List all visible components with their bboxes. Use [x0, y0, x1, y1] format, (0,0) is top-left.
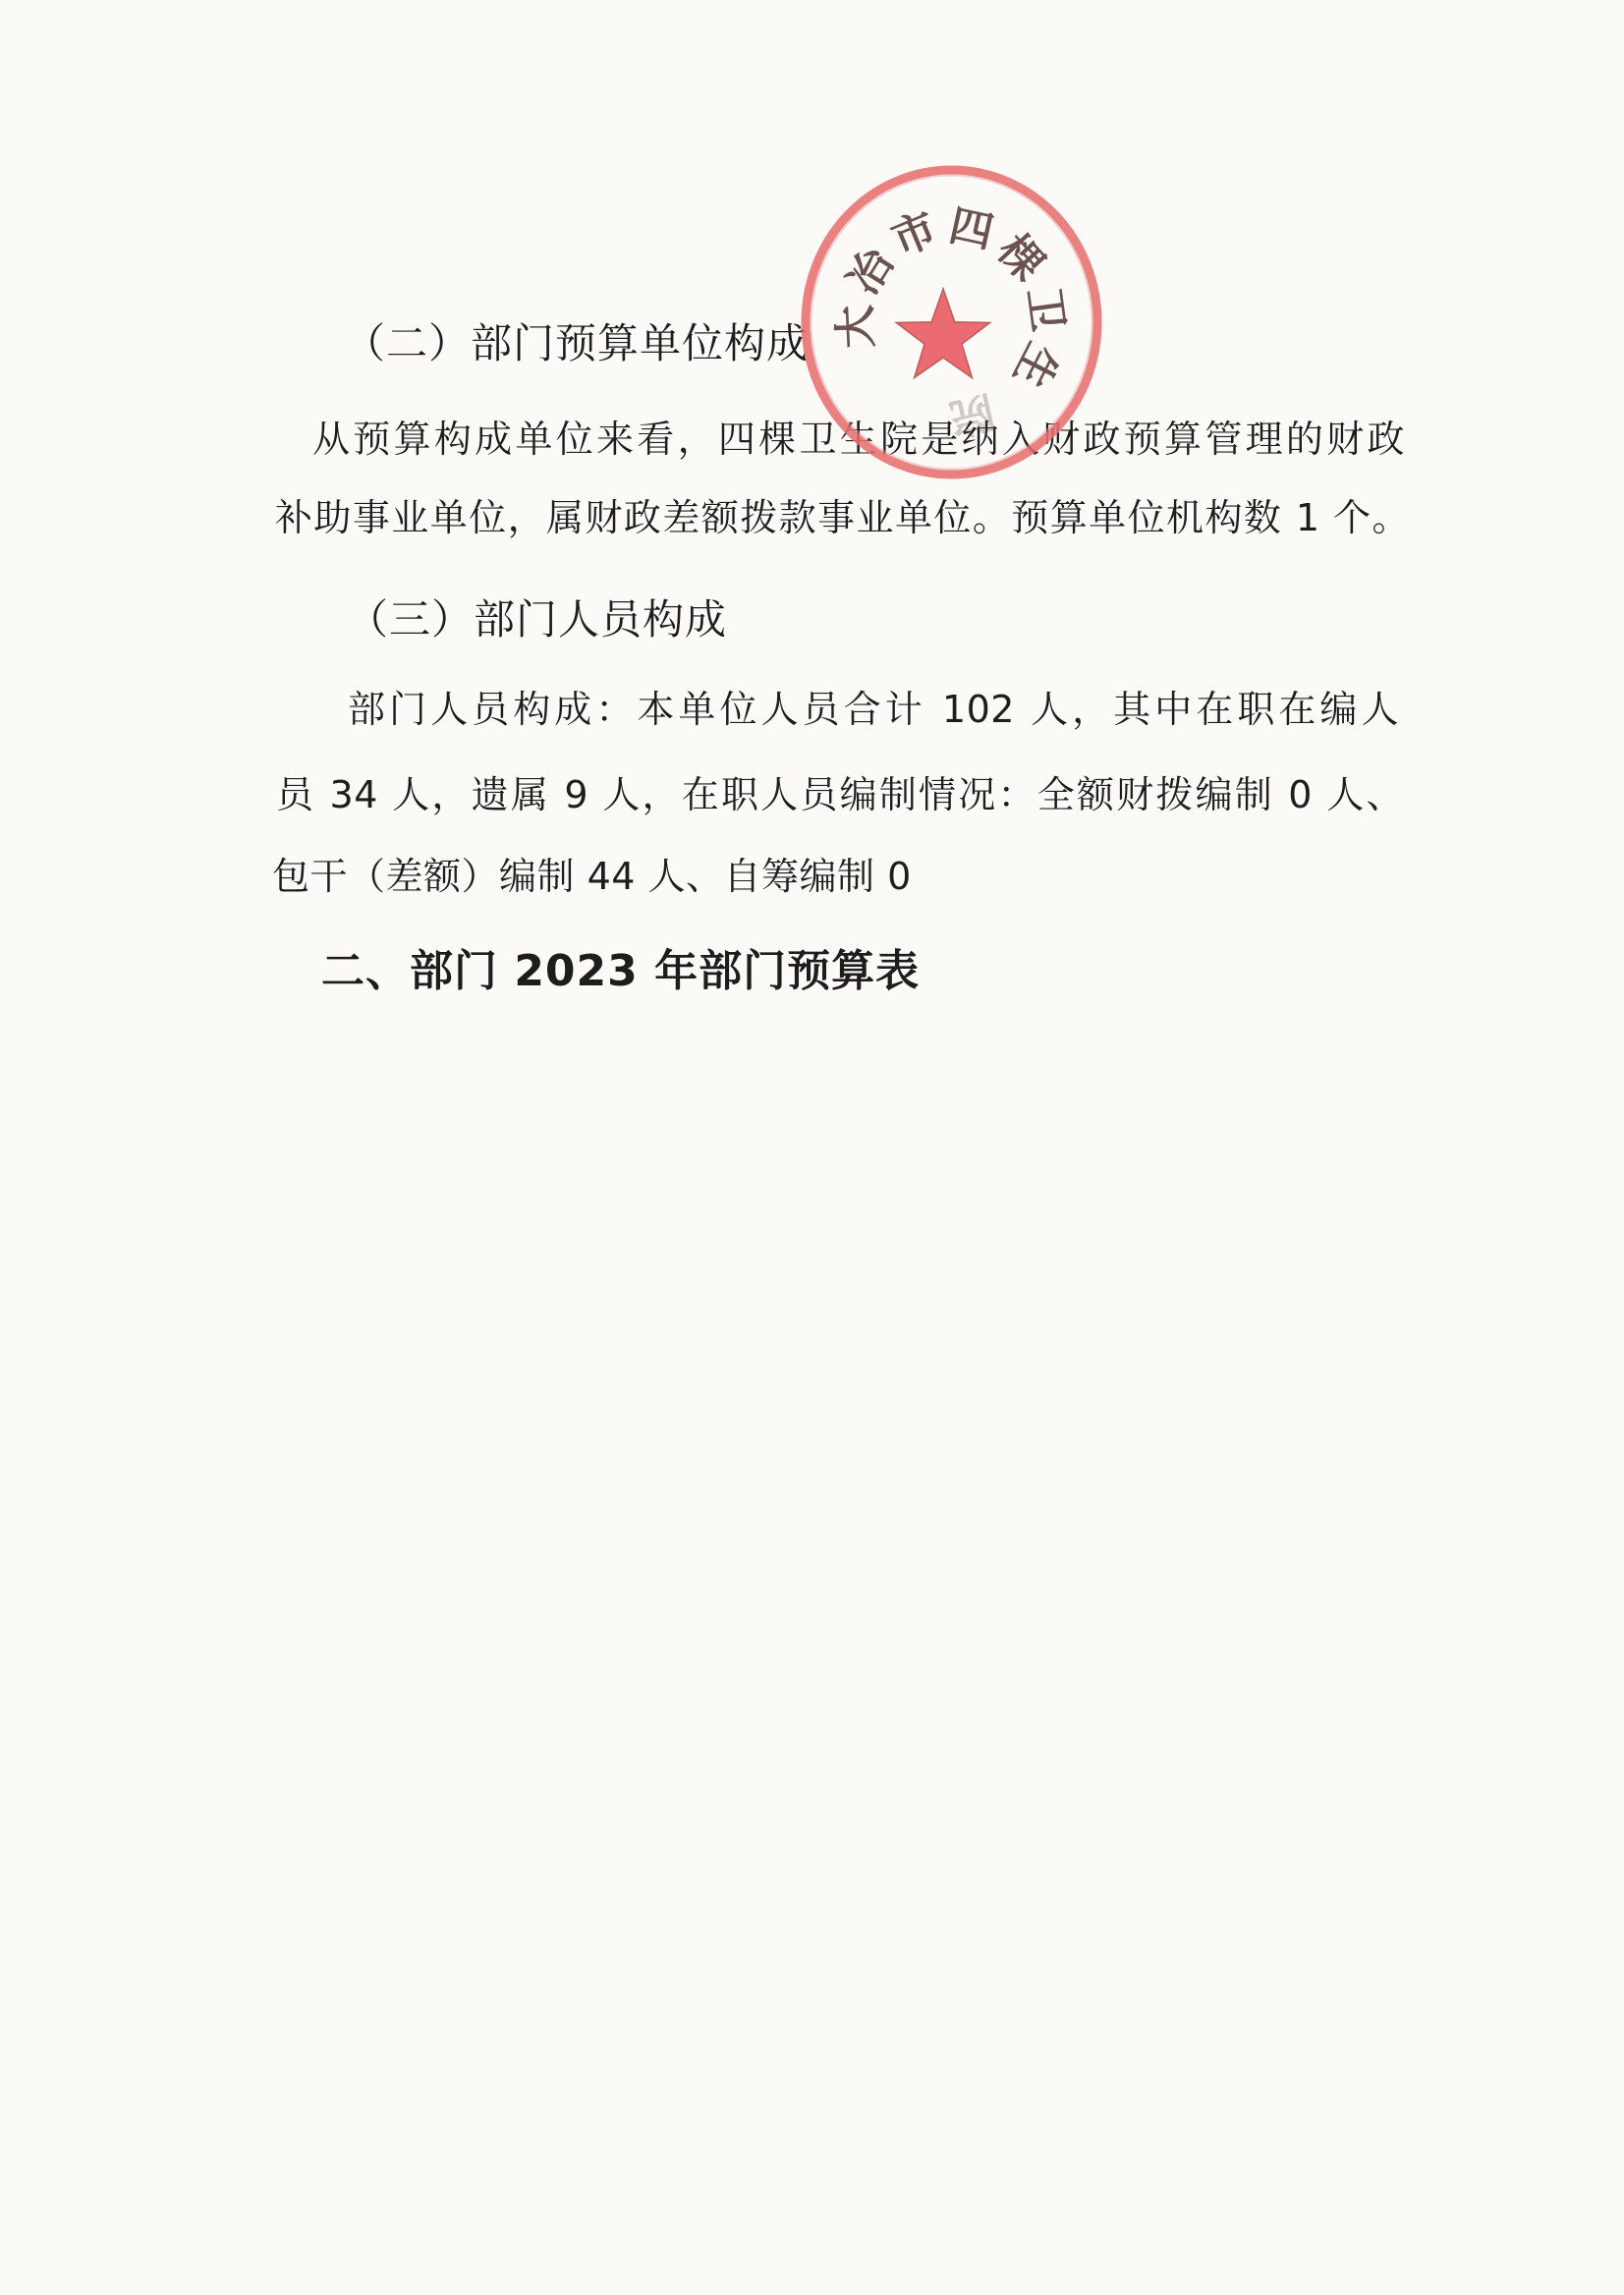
seal-ring-text-visible: 大冶市四棵卫生 — [830, 200, 1073, 396]
seal-star-icon — [896, 289, 989, 378]
para-2-line-3: 包干（差额）编制 44 人、自筹编制 0 — [272, 856, 912, 898]
para-1-line-2: 补助事业单位，属财政差额拨款事业单位。预算单位机构数 1 个。 — [275, 497, 1410, 539]
seal-ring-text: 大冶市四棵卫生 院 — [830, 200, 1073, 444]
document-page: （二）部门预算单位构成 从预算构成单位来看，四棵卫生院是纳入财政预算管理的财政 … — [0, 0, 1624, 2295]
para-2-line-1: 部门人员构成：本单位人员合计 102 人，其中在职在编人 — [348, 689, 1399, 731]
heading-section-3: （三）部门人员构成 — [347, 596, 727, 643]
para-2-line-2: 员 34 人，遗属 9 人，在职人员编制情况：全额财拨编制 0 人、 — [276, 774, 1404, 816]
heading-part-2: 二、部门 2023 年部门预算表 — [321, 947, 920, 995]
para-1-line-1: 从预算构成单位来看，四棵卫生院是纳入财政预算管理的财政 — [312, 419, 1405, 461]
heading-section-2: （二）部门预算单位构成 — [344, 320, 809, 366]
